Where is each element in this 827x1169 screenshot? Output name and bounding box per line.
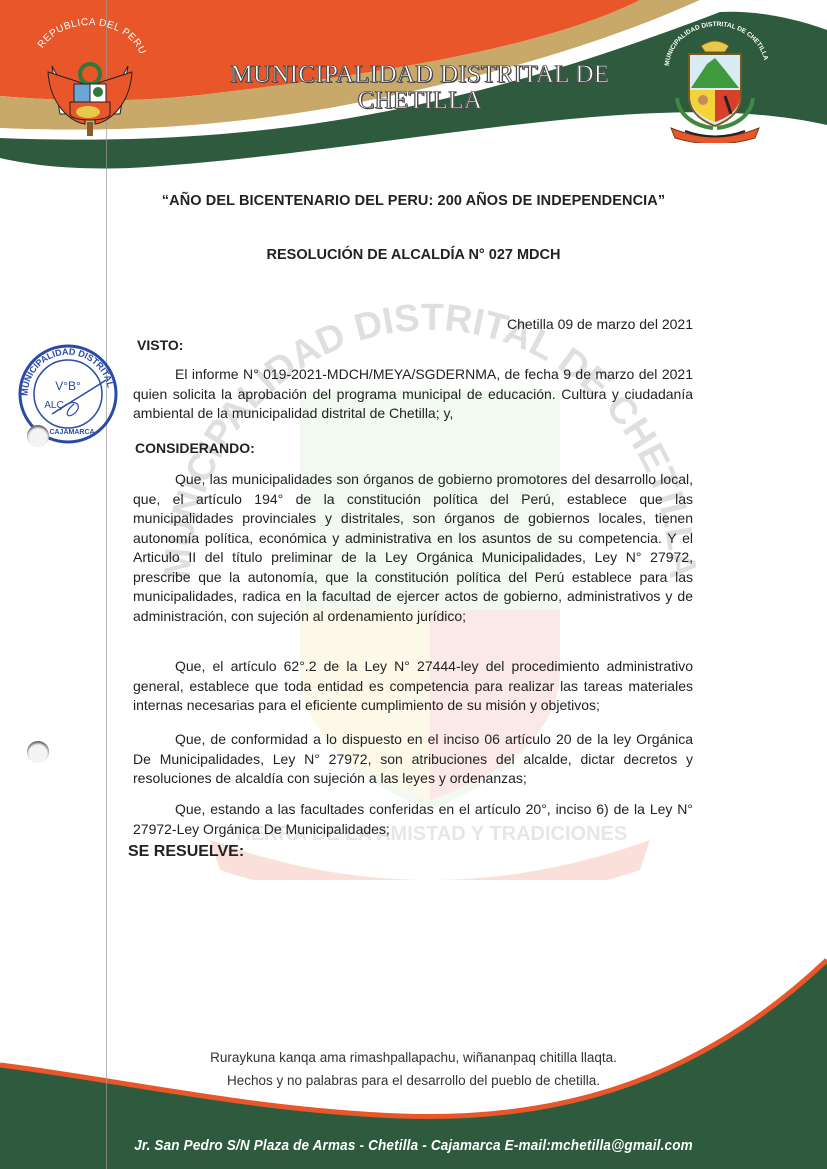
title-line-1: MUNICIPALIDAD DISTRITAL DE (190, 62, 650, 88)
se-resuelve-heading: SE RESUELVE: (128, 843, 244, 861)
document-date: Chetilla 09 de marzo del 2021 (507, 316, 693, 332)
coat-of-arms-caption: REPUBLICA DEL PERU (36, 17, 148, 56)
resolution-title: RESOLUCIÓN DE ALCALDÍA N° 027 MDCH (0, 247, 827, 263)
considerando-heading: CONSIDERANDO: (135, 440, 255, 456)
visto-paragraph: El informe N° 019-2021-MDCH/MEYA/SGDERNM… (133, 365, 693, 424)
stamp-bottom-text: CAJAMARCA (49, 429, 94, 436)
title-line-2: CHETILLA (190, 88, 650, 114)
visto-heading: VISTO: (137, 337, 183, 353)
footer-address: Jr. San Pedro S/N Plaza de Armas - Cheti… (41, 1137, 785, 1154)
municipality-title: MUNICIPALIDAD DISTRITAL DE CHETILLA (190, 62, 650, 114)
considerando-paragraph-4: Que, estando a las facultades conferidas… (133, 800, 693, 839)
scan-fold-line (106, 0, 107, 1169)
considerando-paragraph-3: Que, de conformidad a lo dispuesto en el… (133, 730, 693, 789)
year-motto: “AÑO DEL BICENTENARIO DEL PERU: 200 AÑOS… (0, 193, 827, 209)
chetilla-municipal-crest-icon: MUNICIPALIDAD DISTRITAL DE CHETILLA (655, 18, 775, 143)
considerando-paragraph-2: Que, el artículo 62°.2 de la Ley N° 2744… (133, 657, 693, 716)
punch-hole (27, 425, 49, 447)
stamp-center-top: V°B° (55, 379, 81, 393)
svg-text:REPUBLICA DEL PERU: REPUBLICA DEL PERU (36, 17, 148, 56)
considerando-paragraph-1: Que, las municipalidades son órganos de … (133, 470, 693, 626)
peru-coat-of-arms-icon: REPUBLICA DEL PERU (30, 14, 150, 139)
punch-hole (27, 741, 49, 763)
footer-quote-quechua: Ruraykuna kanqa ama rimashpallapachu, wi… (0, 1050, 827, 1065)
footer-quote-spanish: Hechos y no palabras para el desarrollo … (0, 1073, 827, 1088)
